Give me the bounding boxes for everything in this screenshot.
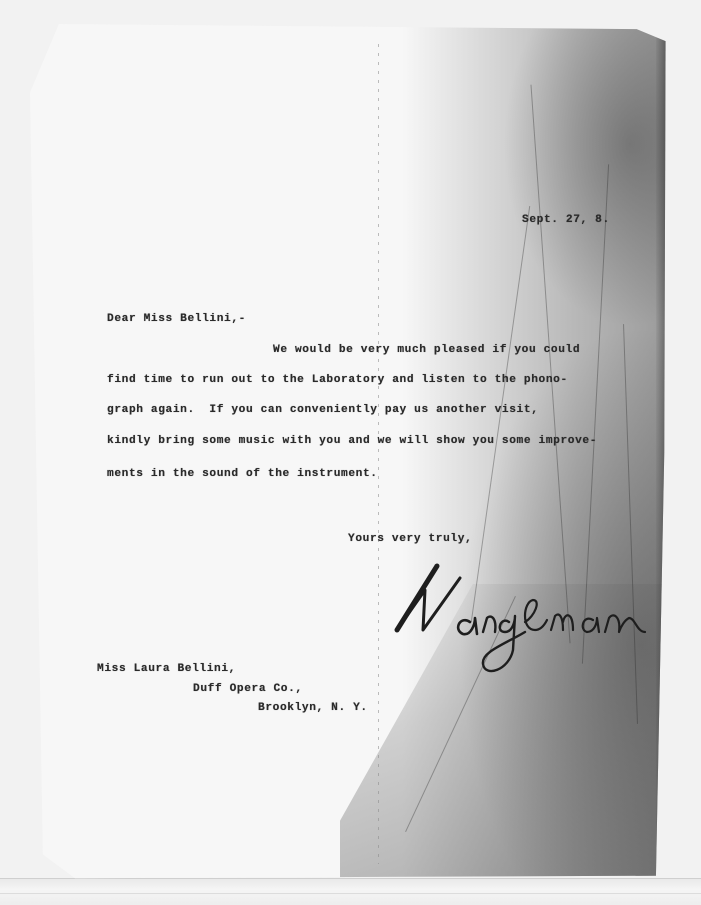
letter-sheet — [30, 24, 672, 880]
body-line: kindly bring some music with you and we … — [107, 435, 597, 447]
recipient-city: Brooklyn, N. Y. — [258, 702, 368, 714]
signature-handwriting-icon — [375, 560, 665, 690]
letter-date: Sept. 27, 8. — [522, 214, 610, 226]
fold-line — [378, 44, 379, 864]
body-line: We would be very much pleased if you cou… — [273, 344, 580, 356]
paper-shading — [30, 24, 672, 880]
scanner-bed — [0, 878, 701, 905]
salutation: Dear Miss Bellini,- — [107, 313, 246, 325]
body-line: ments in the sound of the instrument. — [107, 468, 378, 480]
body-line: find time to run out to the Laboratory a… — [107, 374, 568, 386]
closing: Yours very truly, — [348, 533, 472, 545]
paper-edge-shadow — [656, 34, 666, 874]
recipient-name: Miss Laura Bellini, — [97, 663, 236, 675]
recipient-organization: Duff Opera Co., — [193, 683, 303, 695]
signature: Wangemann — [375, 560, 665, 690]
body-line: graph again. If you can conveniently pay… — [107, 404, 539, 416]
